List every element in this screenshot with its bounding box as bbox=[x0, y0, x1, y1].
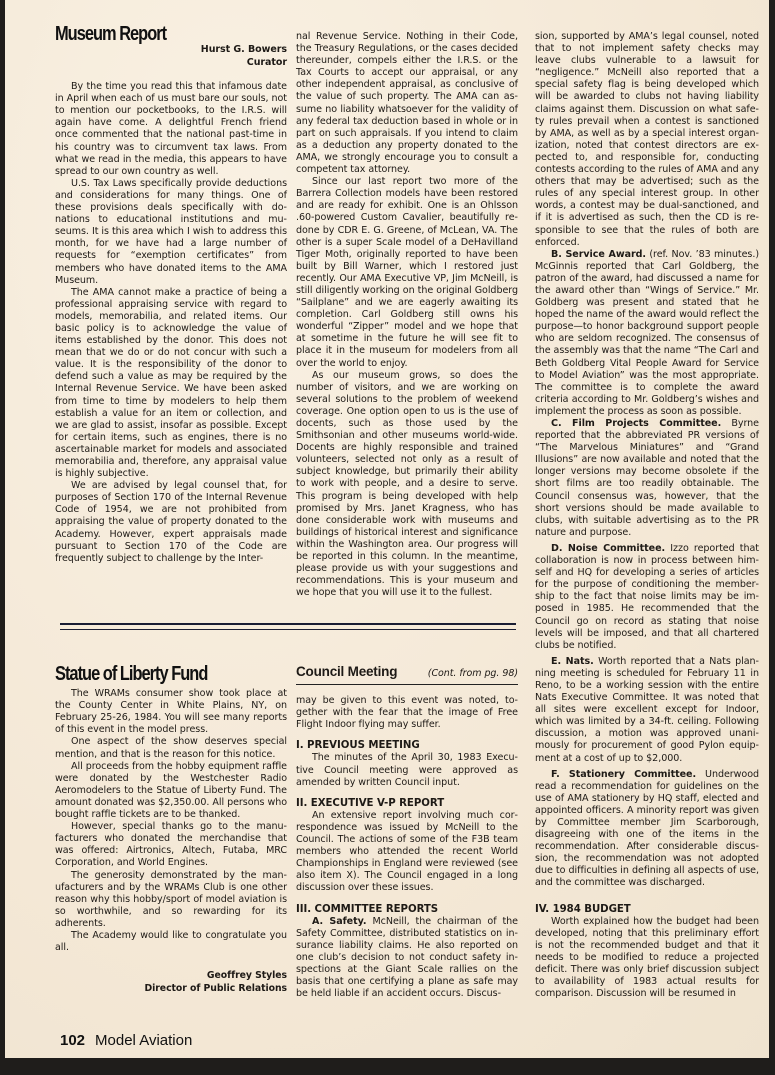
paragraph: One aspect of the show deserves special … bbox=[55, 736, 287, 760]
paragraph: We are advised by legal counsel that, fo… bbox=[55, 480, 287, 565]
paragraph: Since our last report two more of the Ba… bbox=[296, 176, 518, 370]
run-in-text: McNeill, the chairman of the Safety Comm… bbox=[296, 916, 518, 1000]
paragraph: nal Revenue Service. Nothing in their Co… bbox=[296, 31, 518, 176]
run-in-text: (ref. Nov. ’83 minutes.) McGinnis report… bbox=[535, 249, 759, 417]
author-role: Curator bbox=[55, 57, 287, 70]
section-heading: III. COMMITTEE REPORTS bbox=[296, 904, 518, 916]
run-in-text: Izzo reported that collaboration is now … bbox=[535, 543, 759, 651]
museum-report-headline: Museum Report bbox=[55, 28, 245, 40]
paragraph: sion, supported by AMA’s legal counsel, … bbox=[535, 31, 759, 249]
signature-role: Director of Public Relations bbox=[55, 983, 287, 996]
paragraph: The generosity demonstrated by the man­u… bbox=[55, 870, 287, 930]
paragraph: Worth explained how the budget had been … bbox=[535, 916, 759, 1001]
section-heading: II. EXECUTIVE V-P REPORT bbox=[296, 798, 518, 810]
statue-of-liberty-col: Statue of Liberty Fund The WRAMs consume… bbox=[55, 668, 287, 995]
continued-note: (Cont. from pg. 98) bbox=[428, 668, 518, 680]
paragraph: C. Film Projects Committee. Byrne report… bbox=[535, 418, 759, 539]
paragraph: By the time you read this that infamous … bbox=[55, 81, 287, 178]
museum-report-col1: Museum Report Hurst G. Bowers Curator By… bbox=[55, 28, 287, 565]
paragraph: The minutes of the April 30, 1983 Execu­… bbox=[296, 752, 518, 788]
council-meeting-title: Council Meeting bbox=[296, 666, 397, 678]
paragraph: B. Service Award. (ref. Nov. ’83 minutes… bbox=[535, 249, 759, 418]
paragraph: The AMA cannot make a practice of being … bbox=[55, 287, 287, 481]
council-meeting-col3: sion, supported by AMA’s legal counsel, … bbox=[535, 31, 759, 1000]
paragraph: D. Noise Committee. Izzo reported that c… bbox=[535, 543, 759, 652]
run-in-heading: A. Safety. bbox=[312, 916, 367, 927]
run-in-text: Byrne report­ed that the abbreviated PR … bbox=[535, 418, 759, 538]
run-in-text: Worth reported that a Nats plan­ning mee… bbox=[535, 656, 759, 764]
run-in-text: Underwood read a recommendation for guid… bbox=[535, 769, 759, 889]
author-name: Hurst G. Bowers bbox=[55, 44, 287, 57]
run-in-heading: F. Stationery Committee. bbox=[551, 769, 696, 780]
council-meeting-col2: Council Meeting (Cont. from pg. 98) may … bbox=[296, 666, 518, 1000]
paragraph: The Academy would like to congratulate y… bbox=[55, 930, 287, 954]
statue-signature: Geoffrey Styles Director of Public Relat… bbox=[55, 970, 287, 995]
paragraph: As our museum grows, so does the number … bbox=[296, 370, 518, 600]
paragraph: All proceeds from the hobby equipment ra… bbox=[55, 761, 287, 821]
paragraph: An extensive report involving much cor­r… bbox=[296, 810, 518, 895]
run-in-heading: B. Service Award. bbox=[551, 249, 646, 260]
section-heading: IV. 1984 BUDGET bbox=[535, 904, 759, 916]
page-footer: 102Model Aviation bbox=[60, 1032, 192, 1049]
paragraph: U.S. Tax Laws specifically provide deduc… bbox=[55, 178, 287, 287]
magazine-page: Museum Report Hurst G. Bowers Curator By… bbox=[5, 0, 769, 1058]
section-divider-rule bbox=[60, 623, 516, 630]
section-heading: I. PREVIOUS MEETING bbox=[296, 740, 518, 752]
paragraph: may be given to this event was noted, to… bbox=[296, 695, 518, 731]
signature-name: Geoffrey Styles bbox=[55, 970, 287, 983]
run-in-heading: D. Noise Committee. bbox=[551, 543, 665, 554]
run-in-heading: C. Film Projects Committee. bbox=[551, 418, 721, 429]
publication-name: Model Aviation bbox=[95, 1032, 192, 1049]
statue-of-liberty-headline: Statue of Liberty Fund bbox=[55, 668, 245, 680]
run-in-heading: E. Nats. bbox=[551, 656, 594, 667]
paragraph: F. Stationery Committee. Underwood read … bbox=[535, 769, 759, 890]
paragraph: The WRAMs consumer show took place at th… bbox=[55, 688, 287, 736]
museum-report-col2: nal Revenue Service. Nothing in their Co… bbox=[296, 31, 518, 599]
paragraph: E. Nats. Worth reported that a Nats plan… bbox=[535, 656, 759, 765]
page-number: 102 bbox=[60, 1032, 85, 1049]
council-meeting-header: Council Meeting (Cont. from pg. 98) bbox=[296, 666, 518, 685]
paragraph: However, special thanks go to the manu­f… bbox=[55, 821, 287, 869]
paragraph: A. Safety. McNeill, the chairman of the … bbox=[296, 916, 518, 1001]
museum-report-byline: Hurst G. Bowers Curator bbox=[55, 44, 287, 69]
